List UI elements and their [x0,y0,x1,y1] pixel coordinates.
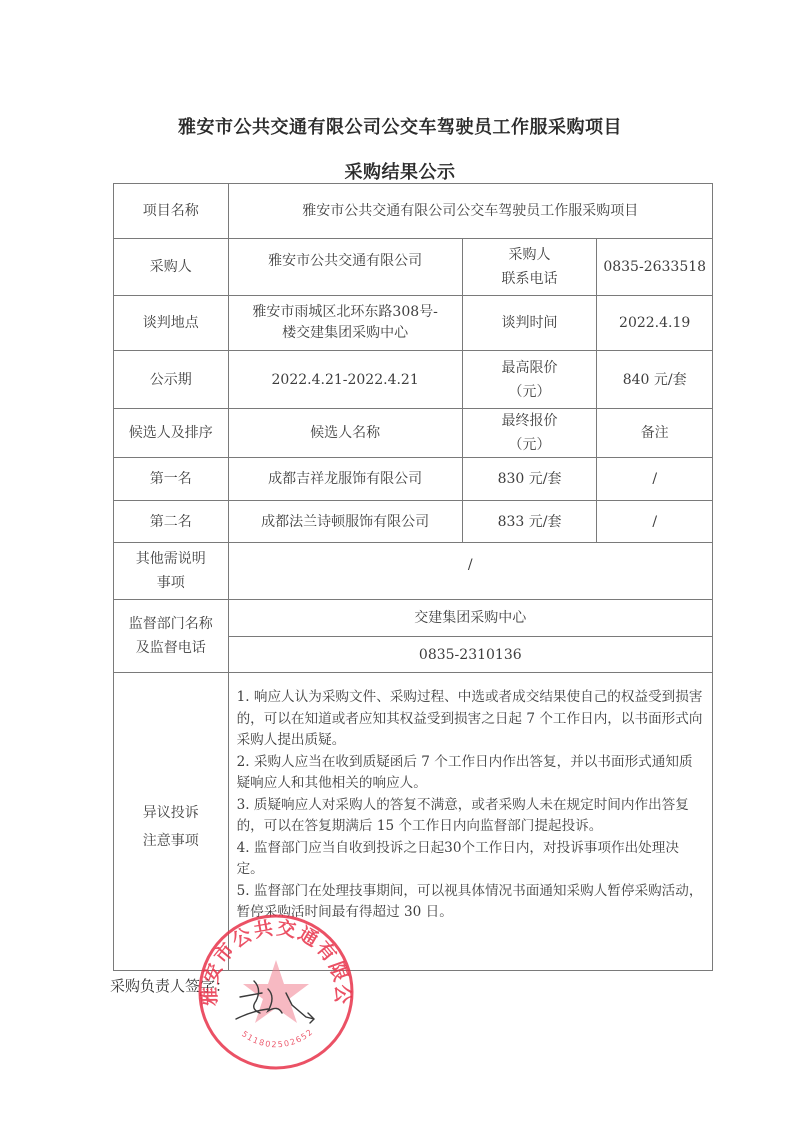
negotiation-place-line2: 楼交建集团采购中心 [232,323,459,344]
supervisor-label-line2: 及监督电话 [117,636,225,660]
max-price-label-line1: 最高限价 [466,356,594,380]
max-price-label-line2: （元） [466,380,594,404]
other-notes-label: 其他需说明 事项 [114,543,229,600]
purchaser-label: 采购人 [114,239,229,296]
handwritten-signature-icon [232,975,342,1030]
row-project-name: 项目名称 雅安市公共交通有限公司公交车驾驶员工作服采购项目 [114,184,713,239]
supervisor-phone: 0835-2310136 [228,637,712,673]
other-notes-label-line2: 事项 [117,571,225,595]
row-purchaser: 采购人 雅安市公共交通有限公司 采购人 联系电话 0835-2633518 [114,239,713,296]
negotiation-place-label: 谈判地点 [114,296,229,351]
candidate-name: 成都法兰诗顿服饰有限公司 [228,501,462,543]
max-price-label: 最高限价 （元） [462,351,597,409]
candidate-rank: 第二名 [114,501,229,543]
candidate-price: 833 元/套 [462,501,597,543]
purchaser-phone-label-line1: 采购人 [466,243,594,267]
row-supervisor-name: 监督部门名称 及监督电话 交建集团采购中心 [114,600,713,637]
document-title: 雅安市公共交通有限公司公交车驾驶员工作服采购项目 [0,113,800,139]
table-row: 第一名 成都吉祥龙服饰有限公司 830 元/套 / [114,458,713,501]
other-notes-value: / [228,543,712,600]
complaint-note-4: 4. 监督部门应当自收到投诉之日起30个工作日内，对投诉事项作出处理决定。 [237,838,704,881]
procurement-result-table: 项目名称 雅安市公共交通有限公司公交车驾驶员工作服采购项目 采购人 雅安市公共交… [113,183,713,971]
publicity-period-label: 公示期 [114,351,229,409]
project-name-label: 项目名称 [114,184,229,239]
purchaser-phone-label-line2: 联系电话 [466,267,594,291]
negotiation-time-label: 谈判时间 [462,296,597,351]
row-negotiation: 谈判地点 雅安市雨城区北环东路308号- 楼交建集团采购中心 谈判时间 2022… [114,296,713,351]
supervisor-name: 交建集团采购中心 [228,600,712,637]
complaint-note-1: 1. 响应人认为采购文件、采购过程、中选或者成交结果使自己的权益受到损害的，可以… [237,687,704,752]
project-name-value: 雅安市公共交通有限公司公交车驾驶员工作服采购项目 [228,184,712,239]
complaint-label-line2: 注意事项 [117,827,225,855]
row-other-notes: 其他需说明 事项 / [114,543,713,600]
row-candidates-header: 候选人及排序 候选人名称 最终报价 （元） 备注 [114,409,713,458]
candidate-remark: / [597,458,713,501]
max-price-value: 840 元/套 [597,351,713,409]
candidate-price: 830 元/套 [462,458,597,501]
candidate-rank: 第一名 [114,458,229,501]
negotiation-time-value: 2022.4.19 [597,296,713,351]
supervisor-label: 监督部门名称 及监督电话 [114,600,229,673]
candidate-price-header-line1: 最终报价 [466,409,594,433]
candidate-price-header: 最终报价 （元） [462,409,597,458]
candidate-name: 成都吉祥龙服饰有限公司 [228,458,462,501]
complaint-note-3: 3. 质疑响应人对采购人的答复不满意，或者采购人未在规定时间内作出答复的，可以在… [237,795,704,838]
negotiation-place-line1: 雅安市雨城区北环东路308号- [232,302,459,323]
other-notes-label-line1: 其他需说明 [117,547,225,571]
document-subtitle: 采购结果公示 [0,158,800,184]
purchaser-value: 雅安市公共交通有限公司 [228,239,462,296]
purchaser-phone-value: 0835-2633518 [597,239,713,296]
candidate-remark: / [597,501,713,543]
candidate-price-header-line2: （元） [466,433,594,457]
candidate-name-header: 候选人名称 [228,409,462,458]
candidate-rank-header: 候选人及排序 [114,409,229,458]
negotiation-place-value: 雅安市雨城区北环东路308号- 楼交建集团采购中心 [228,296,462,351]
table-row: 第二名 成都法兰诗顿服饰有限公司 833 元/套 / [114,501,713,543]
purchaser-phone-label: 采购人 联系电话 [462,239,597,296]
candidate-remark-header: 备注 [597,409,713,458]
complaint-note-2: 2. 采购人应当在收到质疑函后 7 个工作日内作出答复，并以书面形式通知质疑响应… [237,752,704,795]
row-publicity: 公示期 2022.4.21-2022.4.21 最高限价 （元） 840 元/套 [114,351,713,409]
supervisor-label-line1: 监督部门名称 [117,612,225,636]
publicity-period-value: 2022.4.21-2022.4.21 [228,351,462,409]
complaint-label-line1: 异议投诉 [117,789,225,827]
